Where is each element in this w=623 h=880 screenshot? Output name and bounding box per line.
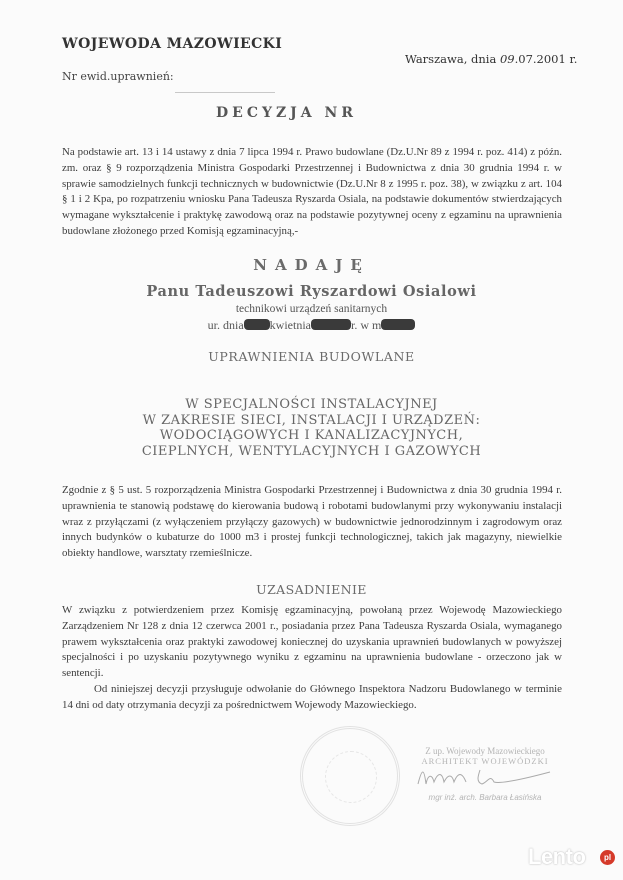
handwritten-signature-icon — [410, 766, 560, 788]
registry-number-label: Nr ewid.uprawnień: — [62, 70, 174, 83]
specialty-line: CIEPLNYCH, WENTYLACYJNYCH I GAZOWYCH — [0, 444, 623, 460]
specialty-line: W ZAKRESIE SIECI, INSTALACJI I URZĄDZEŃ: — [0, 413, 623, 429]
issuer-heading: WOJEWODA MAZOWIECKI — [62, 36, 282, 52]
appeal-text: Od niniejszej decyzji przysługuje odwoła… — [62, 683, 562, 711]
specialty-line: W SPECJALNOŚCI INSTALACYJNEJ — [0, 397, 623, 413]
registry-underline — [175, 92, 275, 93]
signatory-name: mgr inż. arch. Barbara Łasińska — [405, 793, 565, 802]
birth-month: kwietnia — [270, 318, 311, 332]
date-suffix: .07.2001 r. — [515, 52, 578, 66]
official-seal-icon — [300, 726, 400, 826]
lento-watermark-logo: Lento — [528, 844, 585, 870]
signature-block: Z up. Wojewody Mazowieckiego ARCHITEKT W… — [405, 746, 565, 802]
justification-text: W związku z potwierdzeniem przez Komisję… — [62, 604, 562, 679]
specialty-block: W SPECJALNOŚCI INSTALACYJNEJ W ZAKRESIE … — [0, 397, 623, 459]
redaction-mark — [311, 319, 351, 330]
lento-badge-icon: pl — [600, 850, 615, 865]
birth-place-prefix: r. w m — [351, 318, 381, 332]
redaction-mark — [381, 319, 415, 330]
legal-basis-paragraph: Na podstawie art. 13 i 14 ustawy z dnia … — [62, 145, 562, 240]
decision-title: DECYZJA NR — [0, 105, 623, 121]
scope-paragraph: Zgodnie z § 5 ust. 5 rozporządzenia Mini… — [62, 483, 562, 562]
date-prefix: Warszawa, dnia — [405, 52, 500, 66]
recipient-name: Panu Tadeuszowi Ryszardowi Osialowi — [0, 283, 623, 300]
justification-paragraph: W związku z potwierdzeniem przez Komisję… — [62, 603, 562, 714]
signature-authority: Z up. Wojewody Mazowieckiego — [405, 746, 565, 756]
justification-heading: UZASADNIENIE — [0, 582, 623, 597]
eagle-emblem-icon — [325, 751, 377, 803]
specialty-line: WODOCIĄGOWYCH I KANALIZACYJNYCH, — [0, 428, 623, 444]
document-date: Warszawa, dnia 09.07.2001 r. — [405, 52, 577, 66]
redaction-mark — [244, 319, 270, 330]
document-page: WOJEWODA MAZOWIECKI Warszawa, dnia 09.07… — [0, 0, 623, 880]
recipient-profession: technikowi urządzeń sanitarnych — [0, 303, 623, 315]
birth-prefix: ur. dnia — [208, 318, 244, 332]
birth-details: ur. dniakwietniar. w m — [0, 318, 623, 333]
signature-role: ARCHITEKT WOJEWÓDZKI — [405, 756, 565, 766]
permit-type: UPRAWNIENIA BUDOWLANE — [0, 349, 623, 364]
date-day-handwritten: 09 — [500, 52, 515, 66]
grant-heading: NADAJĘ — [0, 256, 623, 274]
